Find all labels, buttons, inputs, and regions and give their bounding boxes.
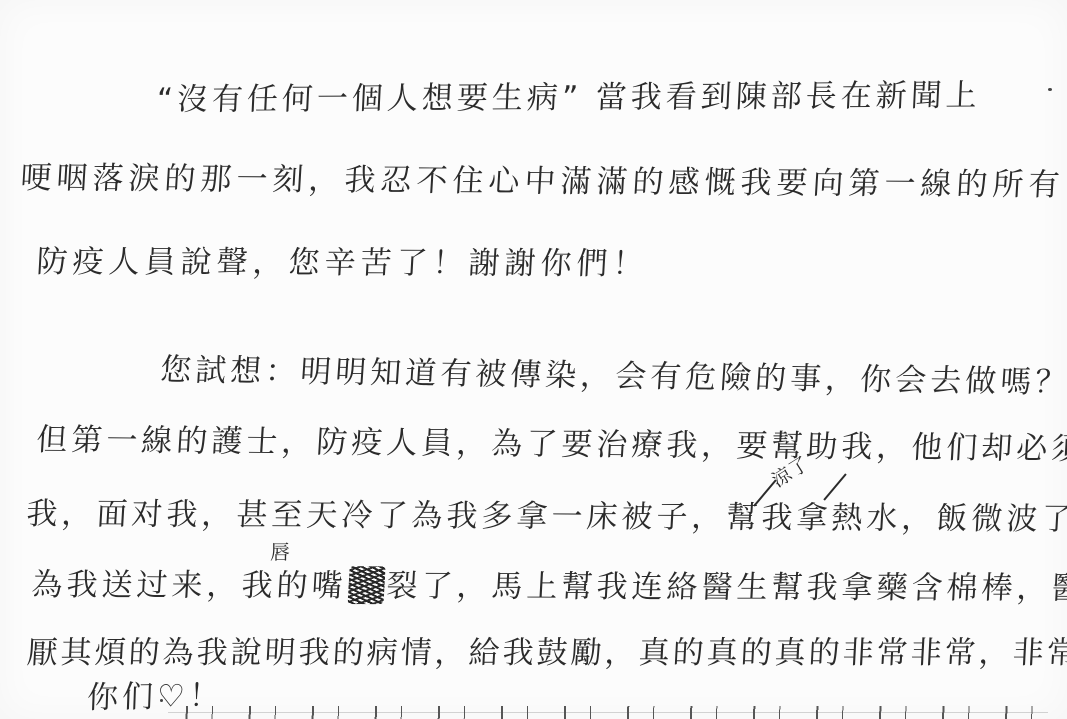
letter-line-7: 為我送过来，我的嘴裂了，馬上幫我连絡醫生幫我拿藥含棉棒，醫生也不 xyxy=(30,559,1067,608)
letter-line-6: 我，面对我，甚至天冷了為我多拿一床被子，幫我拿熱水，飯微波了熱了才 xyxy=(25,488,1067,539)
ink-speck xyxy=(1048,88,1052,91)
letter-line-8: 厭其煩的為我說明我的病情，給我鼓勵，真的真的真的非常非常，非常的謝〻 xyxy=(26,627,1067,672)
letter-line-1: “沒有任何一個人想要生病” 當我看到陳部長在新聞上 xyxy=(156,70,982,119)
truncated-bottom-line-fragments xyxy=(168,706,1048,719)
letter-line-2: 哽咽落淚的那一刻，我忍不住心中滿滿的感慨我要向第一線的所有 xyxy=(19,152,1066,204)
line-7-after-scribble: 裂了，馬上幫我连絡醫生幫我拿藥含棉棒，醫生也不 xyxy=(386,568,1067,607)
line-7-before-scribble: 為我送过来，我的嘴 xyxy=(31,567,348,604)
letter-line-3: 防疫人員說聲，您辛苦了！謝謝你們！ xyxy=(35,236,650,283)
letter-line-4: 您試想：明明知道有被傳染，会有危險的事，你会去做嗎？ xyxy=(159,344,1067,402)
scanned-letter-page: “沒有任何一個人想要生病” 當我看到陳部長在新聞上 哽咽落淚的那一刻，我忍不住心… xyxy=(0,0,1067,719)
letter-line-5: 但第一線的護士，防疫人員，為了要治療我，要幫助我，他们却必須接觸 xyxy=(35,414,1067,469)
ink-speck xyxy=(160,699,163,702)
scribbled-out-character xyxy=(348,566,386,604)
